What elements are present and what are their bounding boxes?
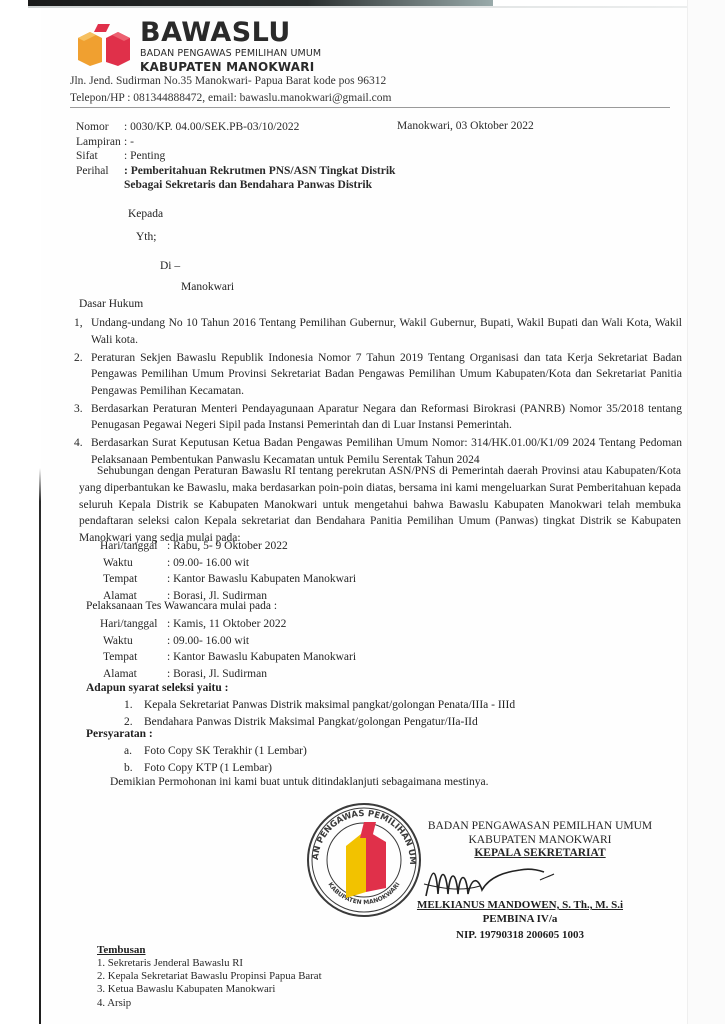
org-name: BAWASLU xyxy=(140,18,321,48)
schedule-row: Hari/tanggal : Rabu, 5- 9 Oktober 2022 xyxy=(100,538,356,555)
letterhead-address: Jln. Jend. Sudirman No.35 Manokwari- Pap… xyxy=(70,73,391,107)
schedule-label: Waktu xyxy=(100,633,167,650)
item-number: 1. xyxy=(124,697,144,714)
body-paragraph: Sehubungan dengan Peraturan Bawaslu RI t… xyxy=(79,463,681,547)
item-letter: b. xyxy=(124,760,144,777)
item-text: Foto Copy SK Terakhir (1 Lembar) xyxy=(144,743,307,760)
tembusan-title: Tembusan xyxy=(97,944,146,956)
schedule-value: : 09.00- 16.00 wit xyxy=(167,555,249,572)
recipient-city: Manokwari xyxy=(181,281,234,293)
nomor-value: : 0030/KP. 04.00/SEK.PB-03/10/2022 xyxy=(120,120,299,135)
item-text: Kepala Sekretariat Panwas Distrik maksim… xyxy=(144,697,515,714)
meta-perihal-cont: Sebagai Sekretaris dan Bendahara Panwas … xyxy=(76,178,395,193)
signature-org-line2: KABUPATEN MANOKWARI xyxy=(400,834,680,848)
recipient-kepada: Kepada xyxy=(128,208,163,220)
dasar-hukum-item: 1, Undang-undang No 10 Tahun 2016 Tentan… xyxy=(74,315,682,348)
lampiran-label: Lampiran xyxy=(76,135,120,150)
interview-schedule: Hari/tanggal : Kamis, 11 Oktober 2022 Wa… xyxy=(100,616,356,682)
recipient-yth: Yth; xyxy=(136,231,156,243)
perihal-label: Perihal xyxy=(76,164,120,179)
signature-org: BADAN PENGAWASAN PEMILHAN UMUM KABUPATEN… xyxy=(400,820,680,861)
meta-lampiran: Lampiran : - xyxy=(76,135,395,150)
persyaratan-item: b. Foto Copy KTP (1 Lembar) xyxy=(124,760,307,777)
letter-meta: Nomor : 0030/KP. 04.00/SEK.PB-03/10/2022… xyxy=(76,120,395,193)
schedule-value: : Kantor Bawaslu Kabupaten Manokwari xyxy=(167,649,356,666)
schedule-value: : 09.00- 16.00 wit xyxy=(167,633,249,650)
tembusan-item: 3. Ketua Bawaslu Kabupaten Manokwari xyxy=(97,983,322,996)
item-text: Undang-undang No 10 Tahun 2016 Tentang P… xyxy=(91,315,682,348)
tembusan-list: 1. Sekretaris Jenderal Bawaslu RI 2. Kep… xyxy=(97,957,322,1010)
bawaslu-logo-icon xyxy=(76,22,132,68)
sifat-value: : Penting xyxy=(120,149,165,164)
letterhead-brand: BAWASLU BADAN PENGAWAS PEMILIHAN UMUM KA… xyxy=(140,18,321,74)
scan-right-margin xyxy=(687,0,725,1024)
schedule-label: Alamat xyxy=(100,666,167,683)
schedule-row: Tempat : Kantor Bawaslu Kabupaten Manokw… xyxy=(100,649,356,666)
syarat-list: 1. Kepala Sekretariat Panwas Distrik mak… xyxy=(124,697,515,730)
schedule-label: Tempat xyxy=(100,649,167,666)
org-region: KABUPATEN MANOKWARI xyxy=(140,60,321,74)
persyaratan-item: a. Foto Copy SK Terakhir (1 Lembar) xyxy=(124,743,307,760)
meta-sifat: Sifat : Penting xyxy=(76,149,395,164)
sifat-label: Sifat xyxy=(76,149,120,164)
perihal-value-cont: Sebagai Sekretaris dan Bendahara Panwas … xyxy=(76,178,372,193)
schedule-value: : Kamis, 11 Oktober 2022 xyxy=(167,616,286,633)
item-number: 3. xyxy=(74,401,91,434)
letterhead-divider xyxy=(70,107,670,108)
lampiran-value: : - xyxy=(120,135,134,150)
perihal-value: : Pemberitahuan Rekrutmen PNS/ASN Tingka… xyxy=(120,164,395,179)
item-number: 1, xyxy=(74,315,91,348)
schedule-row: Waktu : 09.00- 16.00 wit xyxy=(100,633,356,650)
schedule-row: Tempat : Kantor Bawaslu Kabupaten Manokw… xyxy=(100,571,356,588)
persyaratan-title: Persyaratan : xyxy=(86,728,153,740)
syarat-item: 2. Bendahara Panwas Distrik Maksimal Pan… xyxy=(124,714,515,731)
item-text: Peraturan Sekjen Bawaslu Republik Indone… xyxy=(91,350,682,400)
schedule-label: Hari/tanggal xyxy=(100,616,167,633)
syarat-item: 1. Kepala Sekretariat Panwas Distrik mak… xyxy=(124,697,515,714)
tembusan-item: 1. Sekretaris Jenderal Bawaslu RI xyxy=(97,957,322,970)
dasar-hukum-item: 2. Peraturan Sekjen Bawaslu Republik Ind… xyxy=(74,350,682,400)
schedule-value: : Kantor Bawaslu Kabupaten Manokwari xyxy=(167,571,356,588)
signature-org-line1: BADAN PENGAWASAN PEMILHAN UMUM xyxy=(400,820,680,834)
schedule-label: Tempat xyxy=(100,571,167,588)
item-text: Bendahara Panwas Distrik Maksimal Pangka… xyxy=(144,714,478,731)
item-number: 2. xyxy=(74,350,91,400)
dasar-hukum-title: Dasar Hukum xyxy=(79,298,143,310)
schedule-value: : Rabu, 5- 9 Oktober 2022 xyxy=(167,538,288,555)
tembusan-item: 4. Arsip xyxy=(97,997,322,1010)
scan-left-edge xyxy=(39,468,41,1024)
dasar-hukum-item: 3. Berdasarkan Peraturan Menteri Pendaya… xyxy=(74,401,682,434)
schedule-label: Hari/tanggal xyxy=(100,538,167,555)
signatory-rank: PEMBINA IV/a xyxy=(350,913,690,926)
address-line: Jln. Jend. Sudirman No.35 Manokwari- Pap… xyxy=(70,73,391,90)
contact-line: Telepon/HP : 081344888472, email: bawasl… xyxy=(70,90,391,107)
item-text: Foto Copy KTP (1 Lembar) xyxy=(144,760,272,777)
recipient-di: Di – xyxy=(160,260,180,272)
meta-perihal: Perihal : Pemberitahuan Rekrutmen PNS/AS… xyxy=(76,164,395,179)
nomor-label: Nomor xyxy=(76,120,120,135)
dasar-hukum-list: 1, Undang-undang No 10 Tahun 2016 Tentan… xyxy=(74,315,682,470)
registration-schedule: Hari/tanggal : Rabu, 5- 9 Oktober 2022 W… xyxy=(100,538,356,604)
syarat-title: Adapun syarat seleksi yaitu : xyxy=(86,682,229,694)
item-text: Berdasarkan Peraturan Menteri Pendayagun… xyxy=(91,401,682,434)
schedule-row: Hari/tanggal : Kamis, 11 Oktober 2022 xyxy=(100,616,356,633)
persyaratan-list: a. Foto Copy SK Terakhir (1 Lembar) b. F… xyxy=(124,743,307,776)
schedule-row: Alamat : Borasi, Jl. Sudirman xyxy=(100,666,356,683)
interview-title: Pelaksanaan Tes Wawancara mulai pada : xyxy=(86,600,277,612)
tembusan-item: 2. Kepala Sekretariat Bawaslu Propinsi P… xyxy=(97,970,322,983)
org-full-name: BADAN PENGAWAS PEMILIHAN UMUM xyxy=(140,48,321,60)
meta-nomor: Nomor : 0030/KP. 04.00/SEK.PB-03/10/2022 xyxy=(76,120,395,135)
letter-date: Manokwari, 03 Oktober 2022 xyxy=(397,120,534,132)
signatory-nip: NIP. 19790318 200605 1003 xyxy=(350,929,690,942)
schedule-label: Waktu xyxy=(100,555,167,572)
schedule-row: Waktu : 09.00- 16.00 wit xyxy=(100,555,356,572)
schedule-value: : Borasi, Jl. Sudirman xyxy=(167,666,267,683)
closing-sentence: Demikian Permohonan ini kami buat untuk … xyxy=(110,776,488,788)
signatory-name: MELKIANUS MANDOWEN, S. Th., M. S.i xyxy=(350,899,690,912)
item-letter: a. xyxy=(124,743,144,760)
